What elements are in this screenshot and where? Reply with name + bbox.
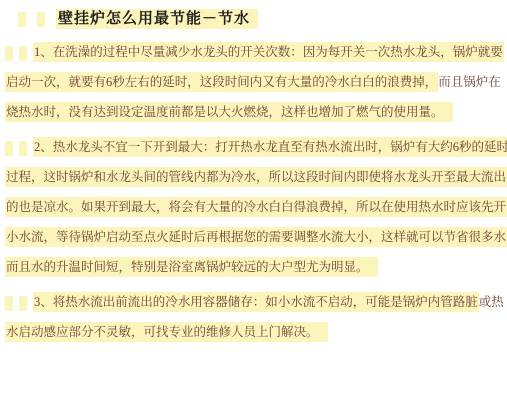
indent-highlight-block (5, 141, 13, 156)
text-line: 启动一次，就要有6秒左右的延时，这段时间内又有大量的冷水白白的浪费掉，而且锅炉在 (5, 67, 507, 97)
plain-text-run: 或热 (479, 292, 504, 312)
paragraph: 2、热水龙头不宜一下开到最大：打开热水龙直至有热水流出时，锅炉有大约6秒的延时过… (0, 132, 507, 282)
indent-highlight-block (37, 12, 45, 27)
article-page: 壁挂炉怎么用最节能－节水 1、在洗澡的过程中尽量减少水龙头的开关次数：因为每开关… (0, 0, 507, 401)
highlighted-text-run: 1、在洗澡的过程中尽量减少水龙头的开关次数：因为每开关一次热水龙头，锅炉就要 (33, 42, 504, 62)
text-line: 过程，这时锅炉和水龙头间的管线内都为冷水，所以这段时间内即使将水龙头开至最大流出 (5, 162, 507, 192)
text-line: 烧热水时，没有达到设定温度前都是以大火燃烧，这样也增加了燃气的使用量。 (5, 97, 507, 127)
highlighted-text-run: 3、将热水流出前流出的冷水用容器储存：如小水流不启动，可能是锅炉内管路脏 (33, 292, 479, 312)
text-line: 3、将热水流出前流出的冷水用容器储存：如小水流不启动，可能是锅炉内管路脏或热 (5, 287, 507, 317)
highlighted-text-run: 的也是凉水。如果开到最大，将会有大量的冷水白白得浪费掉，所以在使用热水时应该先开 (5, 197, 507, 217)
article-body: 1、在洗澡的过程中尽量减少水龙头的开关次数：因为每开关一次热水龙头，锅炉就要启动… (0, 37, 507, 347)
article-title-row: 壁挂炉怎么用最节能－节水 (0, 7, 507, 31)
highlighted-text-run: 水启动感应部分不灵敏，可找专业的维修人员上门解决。 (5, 322, 328, 342)
text-line: 水启动感应部分不灵敏，可找专业的维修人员上门解决。 (5, 317, 507, 347)
highlighted-text-run: 启动一次，就要有6秒左右的延时，这段时间内又有大量的冷水白白的浪费掉， (5, 72, 438, 92)
indent-highlight-block (19, 141, 27, 156)
paragraph: 3、将热水流出前流出的冷水用容器储存：如小水流不启动，可能是锅炉内管路脏或热水启… (0, 287, 507, 347)
indent-highlight-block (18, 12, 26, 27)
indent-highlight-block (5, 46, 13, 61)
text-line: 小水流，等待锅炉启动至点火延时后再根据您的需要调整水流大小，这样就可以节省很多水… (5, 222, 507, 252)
indent-highlight-block (19, 296, 27, 311)
text-line: 2、热水龙头不宜一下开到最大：打开热水龙直至有热水流出时，锅炉有大约6秒的延时 (5, 132, 507, 162)
indent-highlight-block (5, 296, 13, 311)
text-line: 的也是凉水。如果开到最大，将会有大量的冷水白白得浪费掉，所以在使用热水时应该先开 (5, 192, 507, 222)
text-line: 而且水的升温时间短，特别是浴室离锅炉较远的大户型尤为明显。 (5, 252, 507, 282)
page-title: 壁挂炉怎么用最节能－节水 (56, 9, 258, 29)
highlighted-text-run: 过程，这时锅炉和水龙头间的管线内都为冷水，所以这段时间内即使将水龙头开至最大流出 (5, 167, 507, 187)
highlighted-text-run: 2、热水龙头不宜一下开到最大：打开热水龙直至有热水流出时，锅炉有大约6秒的延时 (33, 137, 507, 157)
highlighted-text-run: 小水流，等待锅炉启动至点火延时后再根据您的需要调整水流大小，这样就可以节省很多水… (5, 227, 507, 247)
indent-highlight-block (19, 46, 27, 61)
paragraph: 1、在洗澡的过程中尽量减少水龙头的开关次数：因为每开关一次热水龙头，锅炉就要启动… (0, 37, 507, 127)
plain-text-run: 而且锅炉在 (438, 72, 501, 92)
highlighted-text-run: 而且水的升温时间短，特别是浴室离锅炉较远的大户型尤为明显。 (5, 257, 378, 277)
text-line: 1、在洗澡的过程中尽量减少水龙头的开关次数：因为每开关一次热水龙头，锅炉就要 (5, 37, 507, 67)
highlighted-text-run: 烧热水时，没有达到设定温度前都是以大火燃烧，这样也增加了燃气的使用量。 (5, 102, 453, 122)
